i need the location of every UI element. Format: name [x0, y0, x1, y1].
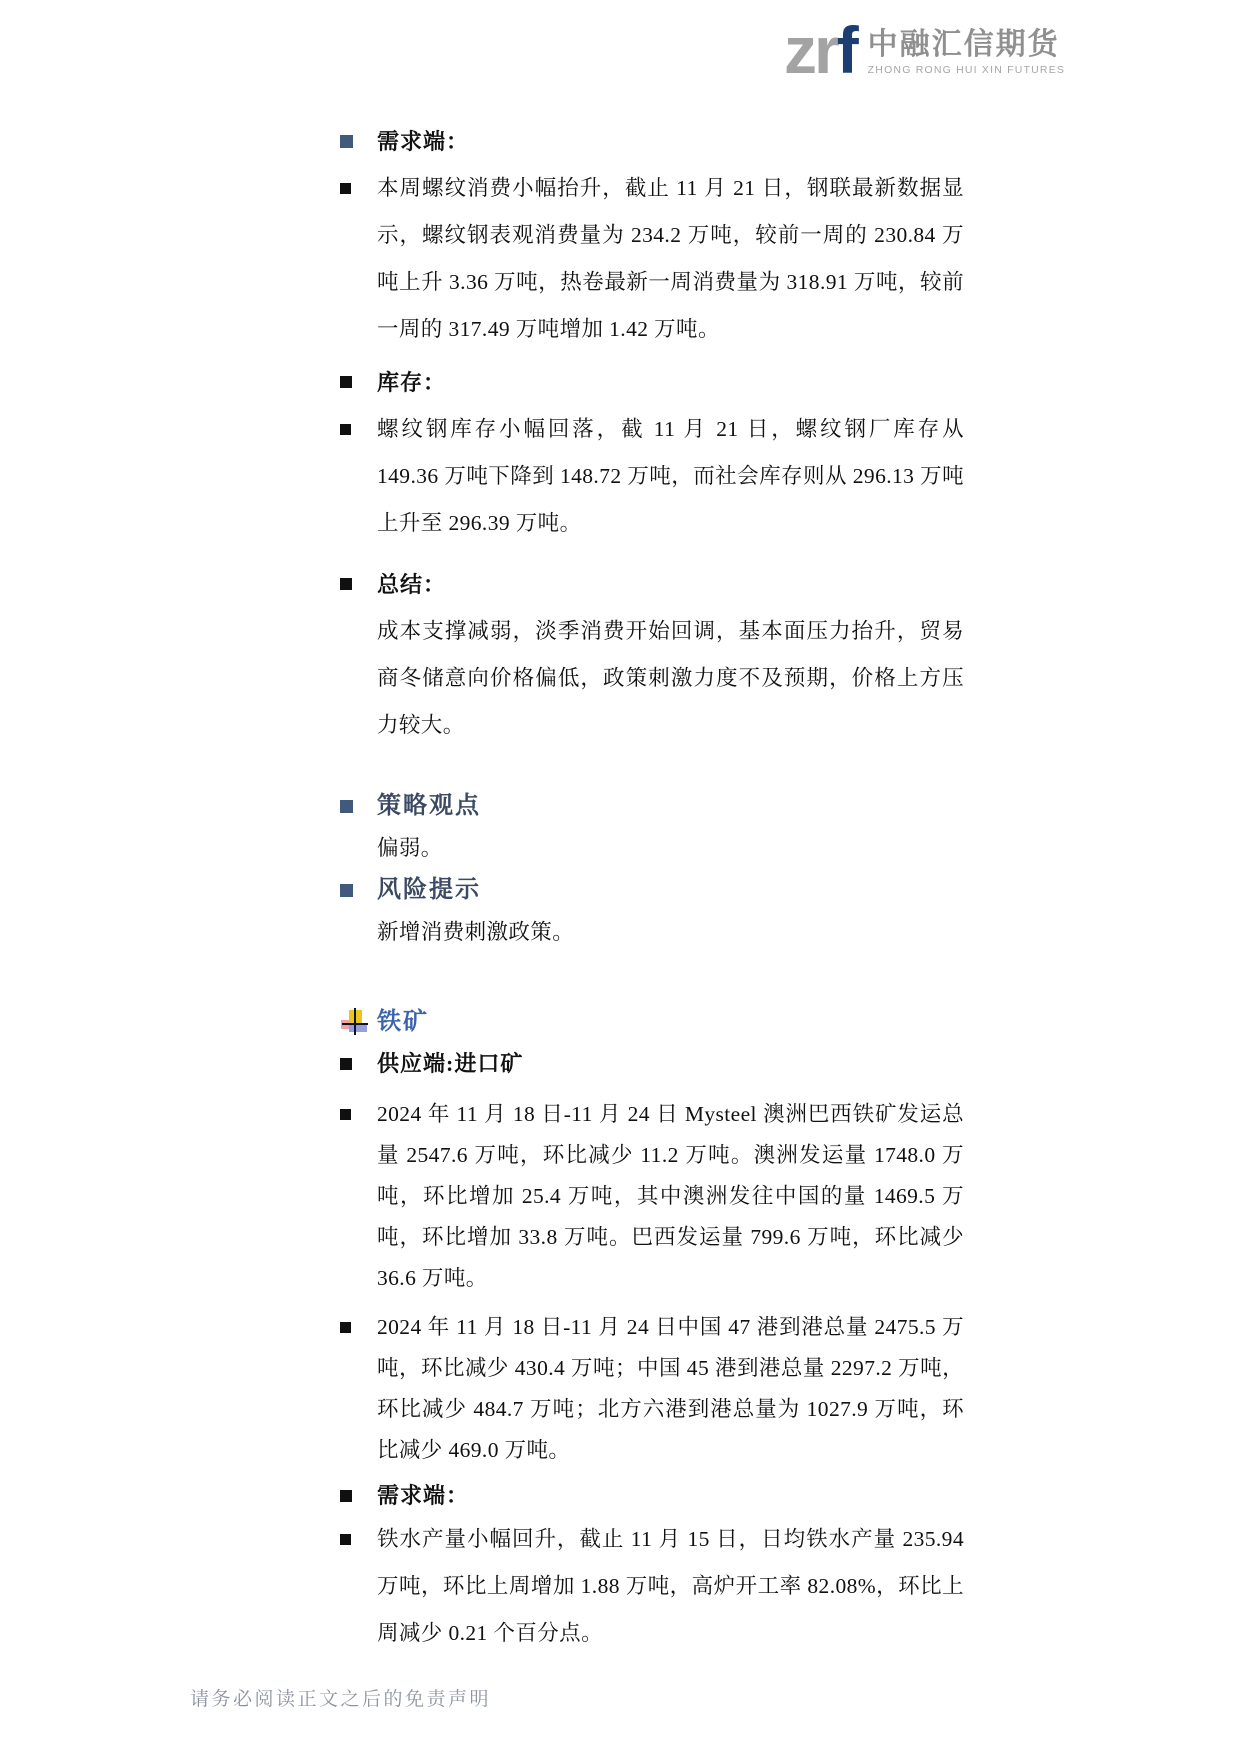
report-body: 需求端： 本周螺纹消费小幅抬升，截止 11 月 21 日，钢联最新数据显示，螺纹…	[340, 118, 964, 1657]
para-rebar-inventory: 螺纹钢库存小幅回落，截 11 月 21 日，螺纹钢厂库存从 149.36 万吨下…	[340, 406, 964, 547]
para-hot-metal: 铁水产量小幅回升，截止 11 月 15 日，日均铁水产量 235.94 万吨，环…	[340, 1516, 964, 1657]
black-square-bullet-icon	[340, 1322, 351, 1333]
para-risk-notice: 新增消费刺激政策。	[340, 911, 964, 953]
logo-names: 中融汇信期货 ZHONG RONG HUI XIN FUTURES	[868, 29, 1065, 78]
para-ore-shipment-text: 2024 年 11 月 18 日-11 月 24 日 Mysteel 澳洲巴西铁…	[377, 1094, 964, 1299]
heading-demand-side-label: 需求端：	[377, 118, 964, 165]
heading-demand-side-iron-label: 需求端：	[377, 1475, 964, 1516]
slate-square-bullet-icon	[340, 135, 353, 148]
para-ore-shipment: 2024 年 11 月 18 日-11 月 24 日 Mysteel 澳洲巴西铁…	[340, 1094, 964, 1299]
heading-risk-notice: 风险提示	[340, 869, 964, 911]
heading-demand-side: 需求端：	[340, 118, 964, 165]
para-strategy-view: 偏弱。	[340, 827, 964, 869]
heading-strategy-view: 策略观点	[340, 785, 964, 827]
black-square-bullet-icon	[340, 578, 352, 590]
para-summary: 成本支撑减弱，淡季消费开始回调，基本面压力抬升，贸易商冬储意向价格偏低，政策刺激…	[340, 608, 964, 749]
slate-square-bullet-icon	[340, 884, 353, 897]
para-risk-notice-text: 新增消费刺激政策。	[377, 911, 964, 953]
black-square-bullet-icon	[340, 183, 351, 194]
black-square-bullet-icon	[340, 1109, 351, 1120]
black-square-bullet-icon	[340, 1490, 352, 1502]
heading-inventory: 库存：	[340, 359, 964, 406]
para-summary-text: 成本支撑减弱，淡季消费开始回调，基本面压力抬升，贸易商冬储意向价格偏低，政策刺激…	[377, 608, 964, 749]
company-logo: zrf 中融汇信期货 ZHONG RONG HUI XIN FUTURES	[784, 22, 1065, 78]
heading-supply-side-import: 供应端:进口矿	[340, 1043, 964, 1084]
para-rebar-consumption: 本周螺纹消费小幅抬升，截止 11 月 21 日，钢联最新数据显示，螺纹钢表观消费…	[340, 165, 964, 353]
para-rebar-consumption-text: 本周螺纹消费小幅抬升，截止 11 月 21 日，钢联最新数据显示，螺纹钢表观消费…	[377, 165, 964, 353]
para-rebar-inventory-text: 螺纹钢库存小幅回落，截 11 月 21 日，螺纹钢厂库存从 149.36 万吨下…	[377, 406, 964, 547]
heading-demand-side-iron: 需求端：	[340, 1475, 964, 1516]
para-hot-metal-text: 铁水产量小幅回升，截止 11 月 15 日，日均铁水产量 235.94 万吨，环…	[377, 1516, 964, 1657]
black-square-bullet-icon	[340, 1058, 352, 1070]
report-page: zrf 中融汇信期货 ZHONG RONG HUI XIN FUTURES 需求…	[0, 0, 1240, 1753]
heading-strategy-view-label: 策略观点	[377, 785, 964, 827]
heading-summary: 总结：	[340, 561, 964, 608]
para-ore-arrival: 2024 年 11 月 18 日-11 月 24 日中国 47 港到港总量 24…	[340, 1307, 964, 1471]
heading-supply-side-import-label: 供应端:进口矿	[377, 1043, 964, 1084]
heading-summary-label: 总结：	[377, 561, 964, 608]
logo-zrf-mark: zrf	[784, 22, 856, 78]
para-ore-arrival-text: 2024 年 11 月 18 日-11 月 24 日中国 47 港到港总量 24…	[377, 1307, 964, 1471]
heading-iron-ore-label: 铁矿	[377, 1001, 964, 1043]
company-name-en: ZHONG RONG HUI XIN FUTURES	[868, 64, 1065, 76]
company-name-cn: 中融汇信期货	[868, 29, 1065, 61]
black-square-bullet-icon	[340, 376, 352, 388]
heading-risk-notice-label: 风险提示	[377, 869, 964, 911]
black-square-bullet-icon	[340, 424, 351, 435]
colored-squares-cross-icon	[340, 1008, 370, 1038]
logo-zr-letters: zr	[784, 13, 837, 87]
para-strategy-view-text: 偏弱。	[377, 827, 964, 869]
slate-square-bullet-icon	[340, 800, 353, 813]
footer-disclaimer: 请务必阅读正文之后的免责声明	[190, 1684, 491, 1711]
heading-iron-ore: 铁矿	[340, 1001, 964, 1043]
black-square-bullet-icon	[340, 1534, 351, 1545]
logo-f-letter: f	[837, 13, 856, 87]
heading-inventory-label: 库存：	[377, 359, 964, 406]
